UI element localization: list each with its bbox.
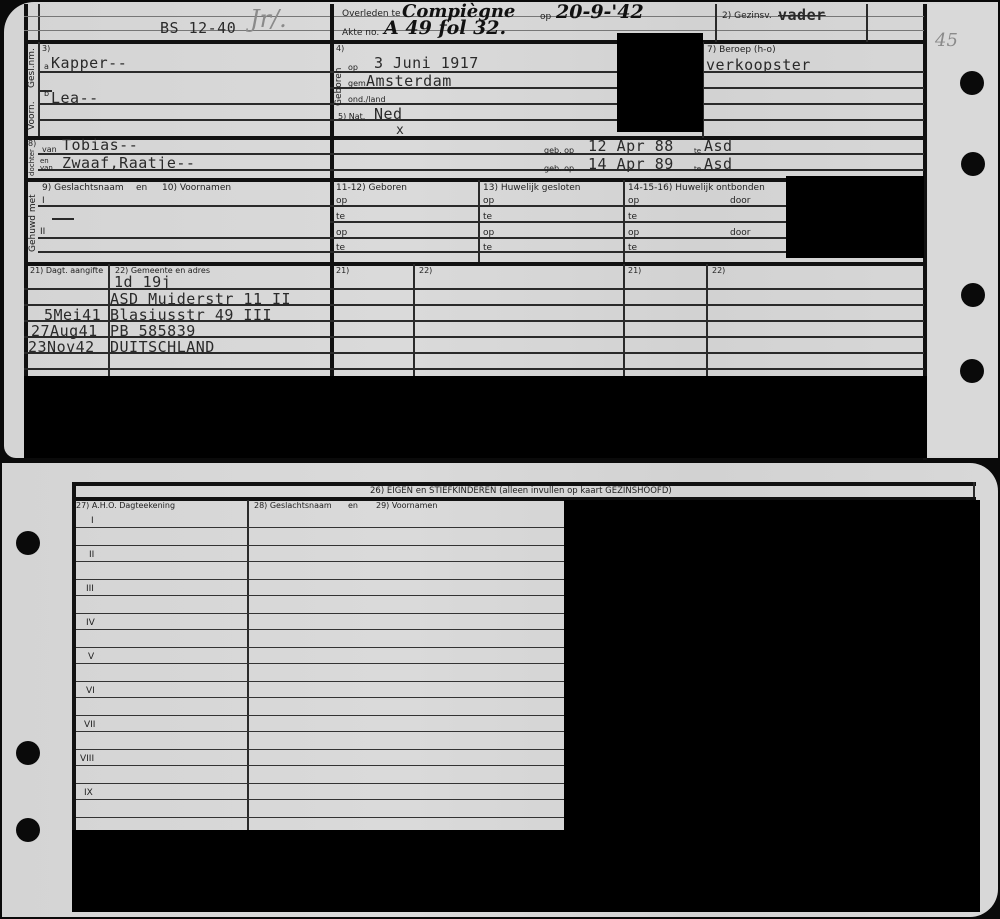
mother-geb-op-label: geb. op (544, 164, 574, 173)
col21-label: 21) Dagt. aangifte (30, 266, 103, 275)
te-label: te (336, 243, 345, 253)
huwelijk-gesloten-label: 13) Huwelijk gesloten (483, 183, 580, 193)
child-row-III: III (86, 584, 94, 594)
father-birth-date: 12 Apr 88 (588, 137, 674, 155)
header-divider (38, 4, 40, 42)
children-rows (76, 512, 564, 830)
akte-value: A 49 fol 32. (384, 17, 506, 39)
gem-label: gem (348, 79, 366, 88)
col28-label: 28) Geslachtsnaam (254, 501, 332, 510)
punch-hole-5 (16, 531, 40, 555)
punch-hole-4 (960, 359, 984, 383)
geboren-11-12-label: 11-12) Geboren (336, 183, 407, 193)
redacted-bottom-area (72, 830, 980, 912)
b-label: b (44, 89, 49, 98)
gezinsv-value: vader (778, 6, 826, 24)
child-row-II: II (89, 550, 94, 560)
father-name: Tobias-- (62, 136, 138, 154)
col9-en-label: en (136, 183, 147, 193)
archive-code: BS 12-40 (160, 19, 236, 37)
door-label: door (730, 228, 750, 238)
redacted-right-area (564, 500, 980, 840)
rule (24, 368, 924, 370)
te-label: te (483, 243, 492, 253)
punch-hole-2 (961, 152, 985, 176)
surname: Kapper-- (51, 54, 127, 72)
birth-op-label: op (348, 63, 358, 72)
field8-label: 8) (28, 139, 36, 148)
op-label: op (336, 196, 347, 206)
col-divider-end (866, 4, 868, 42)
child-row-VIII: VIII (80, 754, 94, 764)
redacted-bottom-band (24, 376, 927, 458)
col-divider-gezinsv (715, 4, 717, 42)
op-label: op (483, 228, 494, 238)
punch-hole-3 (961, 283, 985, 307)
death-op-label: op (540, 12, 551, 22)
child-row-VI: VI (86, 686, 95, 696)
gehuwd-met-label: Gehuwd met (28, 194, 38, 252)
address-row-5: DUITSCHLAND (110, 338, 215, 356)
mother-van-label: en van (40, 158, 62, 172)
a-label: a (44, 62, 49, 71)
op-label: op (483, 196, 494, 206)
birth-date: 3 Juni 1917 (374, 54, 479, 72)
children-section-title: 26) EIGEN en STIEFKINDEREN (alleen invul… (370, 486, 672, 496)
te-label: te (628, 243, 637, 253)
nat-label: 5) Nat. (338, 112, 365, 121)
huwelijk-ontbonden-label: 14-15-16) Huwelijk ontbonden (628, 183, 765, 193)
op-label: op (628, 196, 639, 206)
spouse-row-ii: II (40, 227, 45, 237)
col21c-label: 21) (628, 266, 641, 275)
child-row-IV: IV (86, 618, 95, 628)
card-number-pencil: 45 (935, 30, 958, 51)
door-label: door (730, 196, 750, 206)
father-van-label: van (42, 145, 57, 154)
geboren-label: Geboren (334, 68, 344, 106)
child-row-VII: VII (84, 720, 95, 730)
col28-en-label: en (348, 501, 358, 510)
col29-label: 29) Voornamen (376, 501, 437, 510)
op-label: op (336, 228, 347, 238)
spouse-row-i: I (42, 196, 45, 206)
te-label: te (628, 212, 637, 222)
punch-hole-7 (16, 818, 40, 842)
section-rule (24, 136, 924, 140)
col9-label: 9) Geslachtsnaam (42, 183, 124, 193)
rule (38, 237, 788, 239)
dochter-label: dochter (28, 149, 36, 176)
rule (38, 205, 788, 207)
child-row-V: V (88, 652, 94, 662)
address-row-1: 1d 19j (114, 273, 171, 291)
mother-birth-place: Asd (704, 155, 733, 173)
right-perforated-strip (928, 4, 996, 456)
date-row-5: 23Nov42 (28, 338, 95, 356)
punch-hole-1 (960, 71, 984, 95)
akte-label: Akte no. (342, 28, 379, 38)
rule (330, 221, 788, 223)
rule-dash (52, 218, 74, 220)
redacted-photo (617, 33, 703, 132)
mother-birth-date: 14 Apr 89 (588, 155, 674, 173)
col10-label: 10) Voornamen (162, 183, 231, 193)
op-label: op (628, 228, 639, 238)
header-bottom-rule (24, 40, 924, 44)
death-date: 20-9-'42 (556, 1, 644, 23)
ond-land-label: ond./land (348, 95, 386, 104)
te-label: te (483, 212, 492, 222)
redacted-block (786, 176, 924, 258)
pencil-initials: Jr/. (250, 5, 287, 33)
father-birth-place: Asd (704, 137, 733, 155)
ruled-lines (76, 512, 564, 818)
geslnm-label: Gesl.nm. (27, 48, 37, 88)
nationality: Ned (374, 105, 403, 123)
col22c-label: 22) (712, 266, 725, 275)
birth-place: Amsterdam (366, 72, 452, 90)
mother-te-label: te (694, 165, 701, 173)
field4-label: 4) (336, 44, 344, 53)
occupation: verkoopster (706, 56, 811, 74)
gezinsv-label: 2) Gezinsv. (722, 11, 772, 21)
first-name: Lea-- (51, 89, 99, 107)
col22b-label: 22) (419, 266, 432, 275)
col27-label: 27) A.H.O. Dagteekening (76, 501, 175, 510)
rule (38, 119, 330, 121)
punch-hole-6 (16, 741, 40, 765)
child-row-IX: IX (84, 788, 93, 798)
te-label: te (336, 212, 345, 222)
beroep-label: 7) Beroep (h-o) (707, 45, 776, 55)
father-geb-op-label: geb. op (544, 146, 574, 155)
mother-name: Zwaaf,Raatje-- (62, 154, 195, 172)
child-row-I: I (91, 516, 94, 526)
col21b-label: 21) (336, 266, 349, 275)
field3-label: 3) (42, 44, 50, 53)
father-te-label: te (694, 147, 701, 155)
voorn-label: Voorn. (27, 101, 37, 130)
nationality-mark: x (396, 123, 404, 138)
rule (38, 251, 788, 253)
